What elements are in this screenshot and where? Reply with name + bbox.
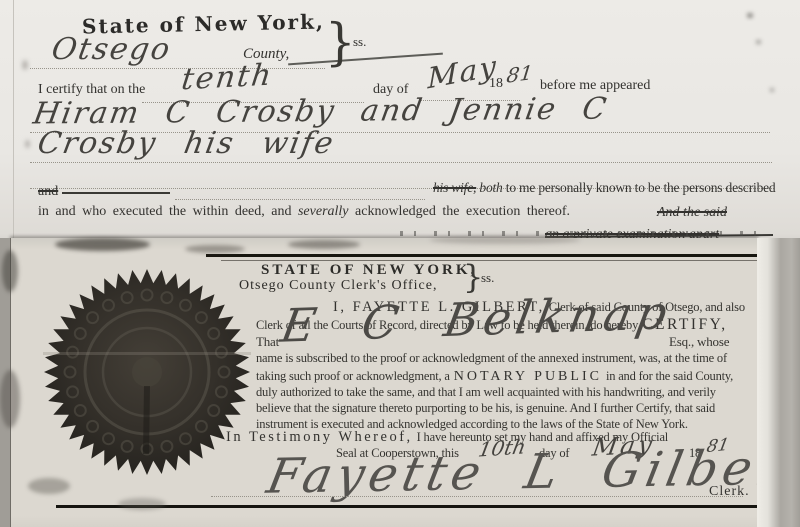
grantor-names-line2: Crosby his wife	[35, 126, 338, 161]
speck	[25, 140, 30, 148]
notary-seal-icon	[43, 268, 251, 476]
known-text: to me personally known to be the persons…	[506, 180, 776, 195]
stain	[118, 498, 166, 510]
pen-flourish	[288, 53, 443, 66]
esq-label: Esq., whose	[669, 334, 729, 350]
execution-line: in and who executed the within deed, and…	[38, 204, 570, 220]
blank-line	[30, 68, 325, 69]
cert-body-line3: duly authorized to take the same, and th…	[256, 385, 716, 400]
blank-line	[175, 199, 425, 200]
stain	[185, 245, 245, 253]
top-rule-thin	[221, 260, 758, 261]
month-handwritten: May	[427, 49, 498, 96]
stain	[288, 240, 360, 249]
both-word: both	[479, 180, 502, 195]
clerk-certificate: STATE OF NEW YORK, Otsego County Clerk's…	[10, 238, 758, 527]
severally-word: severally	[298, 204, 349, 219]
seal-center	[132, 357, 162, 387]
speck	[22, 60, 28, 70]
speck	[756, 40, 761, 44]
day-handwritten: tenth	[179, 58, 275, 98]
cert-ss-label: ss.	[481, 270, 494, 286]
and-struck: and	[38, 184, 58, 200]
stain	[2, 250, 18, 292]
ruled-line	[30, 162, 772, 163]
speck	[770, 88, 774, 92]
strike-extension	[62, 192, 170, 194]
ss-brace: }	[325, 13, 356, 72]
body2-pre: taking such proof or acknowledgment, a	[256, 369, 450, 383]
that-label: That	[256, 334, 279, 350]
scanned-notary-document: State of New York, } ss. Otsego County, …	[0, 0, 800, 527]
stain	[0, 370, 20, 428]
speck	[747, 13, 753, 18]
and-the-said-struck: And the said	[657, 205, 727, 221]
cert-office-heading: Otsego County Clerk's Office,	[239, 278, 437, 294]
stain	[55, 238, 150, 251]
seal-crease	[43, 352, 251, 355]
testimony-caps: In Testimony Whereof,	[226, 429, 413, 445]
cert-body-line4: believe that the signature thereto purpo…	[256, 401, 715, 416]
ss-label: ss.	[353, 34, 366, 50]
stain	[28, 478, 70, 494]
body2-post: in and for the said County,	[606, 369, 733, 383]
notary-name-handwritten: E C Belknap	[277, 285, 676, 352]
top-rule	[206, 254, 758, 257]
signature-line	[211, 496, 743, 497]
his-wife-struck: his wife,	[433, 180, 476, 195]
year-printed: 18	[489, 76, 503, 92]
stain	[430, 236, 580, 244]
known-persons-line: his wife, both to me personally known to…	[433, 180, 775, 196]
executed-prefix: in and who executed the within deed, and	[38, 204, 291, 219]
cert-body-line1: name is subscribed to the proof or ackno…	[256, 351, 727, 366]
county-handwritten: Otsego	[49, 32, 174, 67]
year-handwritten: 81	[505, 60, 534, 87]
clerk-label: Clerk.	[709, 484, 750, 500]
covered-text-fragment	[400, 231, 770, 236]
seal-stem	[146, 386, 147, 454]
paper-edge-background	[757, 238, 800, 527]
notary-public-caps: NOTARY PUBLIC	[454, 369, 602, 384]
cert-body-line2: taking such proof or acknowledgment, a N…	[256, 367, 733, 385]
executed-suffix: acknowledged the execution thereof.	[355, 204, 570, 219]
acknowledgment-form: State of New York, } ss. Otsego County, …	[0, 0, 800, 254]
cert-state-heading: STATE OF NEW YORK,	[261, 262, 477, 279]
